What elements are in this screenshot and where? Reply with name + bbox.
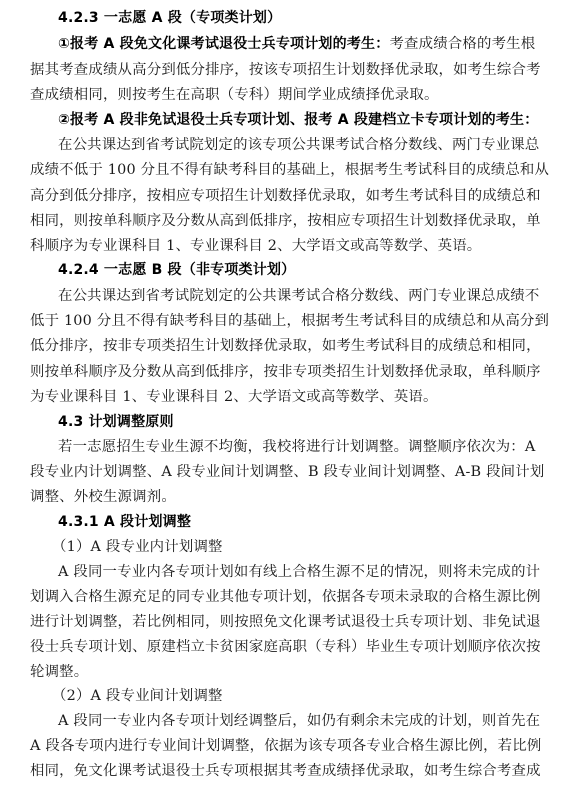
section-heading-4-3: 4.3 计划调整原则 — [58, 411, 504, 433]
text: 考查成绩合格的考生根 — [389, 36, 535, 52]
paragraph-line: A 段各专项内进行专业间计划调整，依据为该专项各专业合格生源比例，若比例 — [30, 735, 504, 757]
document-page: 4.2.3 一志愿 A 段（专项类计划） ①报考 A 段免文化课考试退役士兵专项… — [0, 0, 564, 798]
paragraph-line: A 段同一专业内各专项计划经调整后，如仍有剩余未完成的计划，则首先在 — [58, 710, 504, 732]
paragraph-line: 进行计划调整，若比例相同，则按照免文化课考试退役士兵专项计划、非免试退 — [30, 611, 504, 633]
paragraph-line: ①报考 A 段免文化课考试退役士兵专项计划的考生：考查成绩合格的考生根 — [58, 33, 504, 55]
paragraph-line: 调整、外校生源调剂。 — [30, 486, 504, 508]
paragraph-line: 科顺序为专业课科目 1、专业课科目 2、大学语文或高等数学、英语。 — [30, 235, 504, 257]
paragraph-line: 低于 100 分且不得有缺考科目的基础上，根据考生考试科目的成绩总和从高分到 — [30, 310, 504, 332]
section-heading-4-3-1: 4.3.1 A 段计划调整 — [58, 511, 504, 533]
paragraph-line: 则按单科顺序及分数从高到低排序，按非专项类招生计划数择优录取，单科顺序 — [30, 361, 504, 383]
bold-lead-item2: ②报考 A 段非免试退役士兵专项计划、报考 A 段建档立卡专项计划的考生： — [58, 109, 504, 131]
paragraph-line: 成绩不低于 100 分且不得有缺考科目的基础上，根据考生考试科目的成绩总和从 — [30, 159, 504, 181]
section-heading-4-2-3: 4.2.3 一志愿 A 段（专项类计划） — [58, 7, 504, 29]
paragraph-line: A 段同一专业内各专项计划如有线上合格生源不足的情况，则将未完成的计 — [58, 561, 504, 583]
paragraph-line: 查成绩相同，则按考生在高职（专科）期间学业成绩择优录取。 — [30, 84, 504, 106]
paragraph-line: 低分排序，按非专项类招生计划数择优录取，如考生考试科目的成绩总和相同， — [30, 335, 504, 357]
subsection-title-1: （1）A 段专业内计划调整 — [52, 536, 526, 558]
paragraph-line: 在公共课达到省考试院划定的该专项公共课考试合格分数线、两门专业课总 — [58, 134, 504, 156]
paragraph-line: 在公共课达到省考试院划定的公共课考试合格分数线、两门专业课总成绩不 — [58, 285, 504, 307]
paragraph-line: 划调入合格生源充足的同专业其他专项计划，依据各专项未录取的合格生源比例 — [30, 586, 504, 608]
paragraph-line: 据其考查成绩从高分到低分排序，按该专项招生计划数择优录取，如考生综合考 — [30, 59, 504, 81]
subsection-title-2: （2）A 段专业间计划调整 — [52, 685, 526, 707]
paragraph-line: 相同，则按单科顺序及分数从高到低排序，按相应专项招生计划数择优录取，单 — [30, 210, 504, 232]
paragraph-line: 轮调整。 — [30, 661, 504, 683]
paragraph-line: 高分到低分排序，按相应专项招生计划数择优录取，如考生考试科目的成绩总和 — [30, 185, 504, 207]
paragraph-line: 若一志愿招生专业生源不均衡，我校将进行计划调整。调整顺序依次为：A — [58, 436, 504, 458]
paragraph-line: 段专业内计划调整、A 段专业间计划调整、B 段专业间计划调整、A-B 段间计划 — [30, 461, 504, 483]
paragraph-line: 为专业课科目 1、专业课科目 2、大学语文或高等数学、英语。 — [30, 386, 504, 408]
paragraph-line: 相同，免文化课考试退役士兵专项根据其考查成绩择优录取，如考生综合考查成 — [30, 760, 504, 782]
section-heading-4-2-4: 4.2.4 一志愿 B 段（非专项类计划） — [58, 259, 504, 281]
paragraph-line: 役士兵专项计划、原建档立卡贫困家庭高职（专科）毕业生专项计划顺序依次按 — [30, 636, 504, 658]
bold-lead-item1: ①报考 A 段免文化课考试退役士兵专项计划的考生： — [58, 36, 389, 52]
